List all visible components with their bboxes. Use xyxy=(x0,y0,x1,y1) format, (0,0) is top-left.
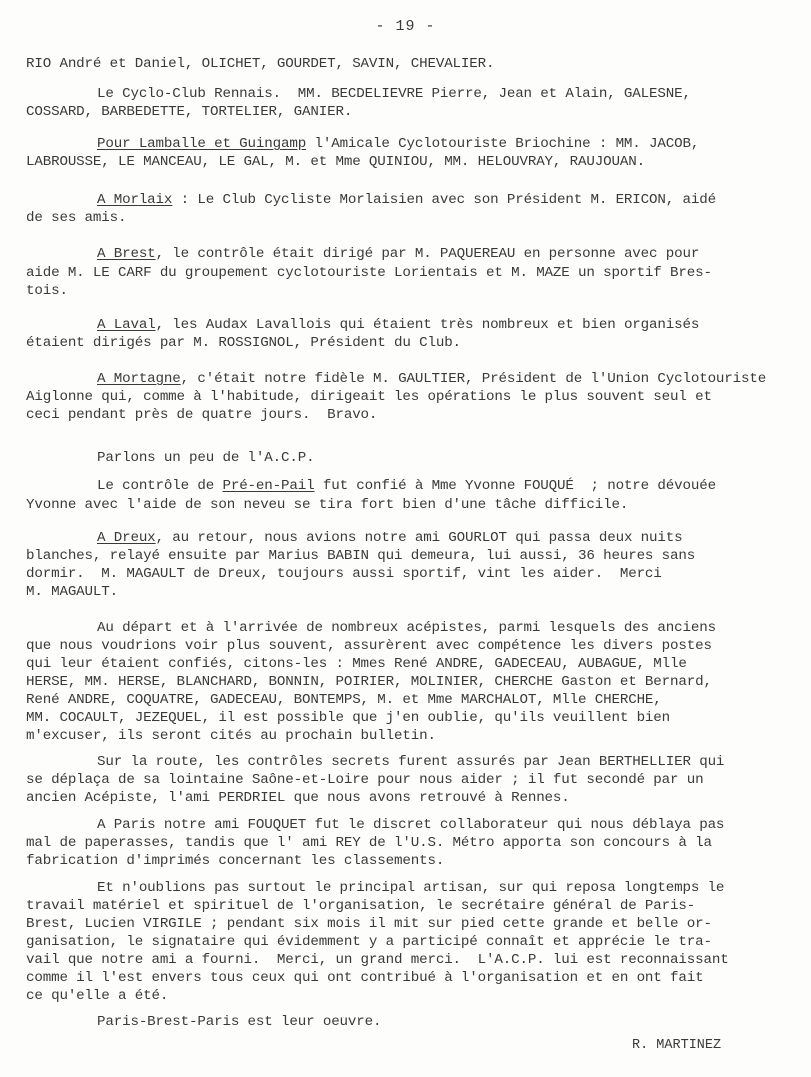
text-segment: de ses amis. xyxy=(26,210,126,226)
text-line: HERSE, MM. HERSE, BLANCHARD, BONNIN, POI… xyxy=(26,674,712,690)
text-line: A Laval, les Audax Lavallois qui étaient… xyxy=(97,317,699,333)
text-segment: COSSARD, BARBEDETTE, TORTELIER, GANIER. xyxy=(26,104,352,120)
text-line: blanches, relayé ensuite par Marius BABI… xyxy=(26,548,695,564)
text-line: de ses amis. xyxy=(26,210,126,226)
text-segment: Le contrôle de xyxy=(97,478,222,494)
text-segment: Le Cyclo-Club Rennais. MM. BECDELIEVRE P… xyxy=(97,86,691,102)
text-line: tois. xyxy=(26,283,68,299)
text-line: LABROUSSE, LE MANCEAU, LE GAL, M. et Mme… xyxy=(26,154,645,170)
text-segment: , au retour, nous avions notre ami GOURL… xyxy=(156,530,683,546)
text-segment: Parlons un peu de l'A.C.P. xyxy=(97,450,314,466)
text-segment: travail matériel et spirituel de l'organ… xyxy=(26,898,695,914)
text-line: A Brest, le contrôle était dirigé par M.… xyxy=(97,246,699,262)
text-line: M. MAGAULT. xyxy=(26,584,118,600)
text-segment: , le contrôle était dirigé par M. PAQUER… xyxy=(156,246,700,262)
text-segment: vail que notre ami a fourni. Merci, un g… xyxy=(26,952,729,968)
text-segment: comme il l'est envers tous ceux qui ont … xyxy=(26,970,703,986)
text-line: travail matériel et spirituel de l'organ… xyxy=(26,898,695,914)
text-line: mal de paperasses, tandis que l' ami REY… xyxy=(26,835,712,851)
text-segment: Yvonne avec l'aide de son neveu se tira … xyxy=(26,497,628,513)
text-line: ancien Acépiste, l'ami PERDRIEL que nous… xyxy=(26,790,570,806)
text-segment: m'excuser, ils seront cités au prochain … xyxy=(26,728,436,744)
text-segment: LABROUSSE, LE MANCEAU, LE GAL, M. et Mme… xyxy=(26,154,645,170)
text-segment: aide M. LE CARF du groupement cyclotouri… xyxy=(26,265,712,281)
underlined-place-name: Pour Lamballe et Guingamp xyxy=(97,136,306,152)
text-segment: blanches, relayé ensuite par Marius BABI… xyxy=(26,548,695,564)
text-segment: ancien Acépiste, l'ami PERDRIEL que nous… xyxy=(26,790,570,806)
text-line: qui leur étaient confiés, citons-les : M… xyxy=(26,656,687,672)
text-line: Le contrôle de Pré-en-Pail fut confié à … xyxy=(97,478,716,494)
text-segment: RIO André et Daniel, OLICHET, GOURDET, S… xyxy=(26,56,494,72)
text-line: A Morlaix : Le Club Cycliste Morlaisien … xyxy=(97,192,716,208)
underlined-place-name: A Dreux xyxy=(97,530,156,546)
underlined-place-name: A Morlaix xyxy=(97,192,172,208)
text-segment: Et n'oublions pas surtout le principal a… xyxy=(97,880,724,896)
text-segment: René ANDRE, COQUATRE, GADECEAU, BONTEMPS… xyxy=(26,692,662,708)
text-segment: Sur la route, les contrôles secrets fure… xyxy=(97,754,724,770)
text-segment: M. MAGAULT. xyxy=(26,584,118,600)
text-segment: Aiglonne qui, comme à l'habitude, dirige… xyxy=(26,389,712,405)
text-line: Parlons un peu de l'A.C.P. xyxy=(97,450,314,466)
text-line: Brest, Lucien VIRGILE ; pendant six mois… xyxy=(26,916,712,932)
text-line: René ANDRE, COQUATRE, GADECEAU, BONTEMPS… xyxy=(26,692,662,708)
text-line: fabrication d'imprimés concernant les cl… xyxy=(26,853,444,869)
text-line: A Mortagne, c'était notre fidèle M. GAUL… xyxy=(97,371,766,387)
text-line: dormir. M. MAGAULT de Dreux, toujours au… xyxy=(26,566,662,582)
text-line: Pour Lamballe et Guingamp l'Amicale Cycl… xyxy=(97,136,699,152)
text-segment: , c'était notre fidèle M. GAULTIER, Prés… xyxy=(181,371,766,387)
underlined-place-name: Pré-en-Pail xyxy=(222,478,314,494)
text-segment: Au départ et à l'arrivée de nombreux acé… xyxy=(97,620,716,636)
page-number: - 19 - xyxy=(0,18,811,35)
text-segment: tois. xyxy=(26,283,68,299)
text-line: COSSARD, BARBEDETTE, TORTELIER, GANIER. xyxy=(26,104,352,120)
text-line: étaient dirigés par M. ROSSIGNOL, Présid… xyxy=(26,335,461,351)
text-segment: : Le Club Cycliste Morlaisien avec son P… xyxy=(172,192,716,208)
underlined-place-name: A Mortagne xyxy=(97,371,181,387)
text-segment: HERSE, MM. HERSE, BLANCHARD, BONNIN, POI… xyxy=(26,674,712,690)
text-segment: dormir. M. MAGAULT de Dreux, toujours au… xyxy=(26,566,662,582)
text-line: ceci pendant près de quatre jours. Bravo… xyxy=(26,407,377,423)
text-segment: ce qu'elle a été. xyxy=(26,988,168,1004)
text-segment: A Paris notre ami FOUQUET fut le discret… xyxy=(97,817,724,833)
underlined-place-name: A Brest xyxy=(97,246,156,262)
text-line: MM. COCAULT, JEZEQUEL, il est possible q… xyxy=(26,710,670,726)
text-segment: Paris-Brest-Paris est leur oeuvre. xyxy=(97,1014,381,1030)
text-line: Sur la route, les contrôles secrets fure… xyxy=(97,754,724,770)
text-segment: fut confié à Mme Yvonne FOUQUÉ ; notre d… xyxy=(314,478,715,494)
text-segment: MM. COCAULT, JEZEQUEL, il est possible q… xyxy=(26,710,670,726)
document-page: - 19 - RIO André et Daniel, OLICHET, GOU… xyxy=(0,0,811,1077)
text-line: Yvonne avec l'aide de son neveu se tira … xyxy=(26,497,628,513)
text-line: Au départ et à l'arrivée de nombreux acé… xyxy=(97,620,716,636)
text-line: que nous voudrions voir plus souvent, as… xyxy=(26,638,712,654)
underlined-place-name: A Laval xyxy=(97,317,156,333)
text-segment: que nous voudrions voir plus souvent, as… xyxy=(26,638,712,654)
text-segment: ceci pendant près de quatre jours. Bravo… xyxy=(26,407,377,423)
signature: R. MARTINEZ xyxy=(632,1038,721,1053)
text-segment: qui leur étaient confiés, citons-les : M… xyxy=(26,656,687,672)
text-segment: , les Audax Lavallois qui étaient très n… xyxy=(156,317,700,333)
text-segment: mal de paperasses, tandis que l' ami REY… xyxy=(26,835,712,851)
text-line: comme il l'est envers tous ceux qui ont … xyxy=(26,970,703,986)
text-segment: ganisation, le signataire qui évidemment… xyxy=(26,934,712,950)
text-line: ganisation, le signataire qui évidemment… xyxy=(26,934,712,950)
text-segment: l'Amicale Cyclotouriste Briochine : MM. … xyxy=(306,136,699,152)
text-line: A Dreux, au retour, nous avions notre am… xyxy=(97,530,683,546)
text-line: Aiglonne qui, comme à l'habitude, dirige… xyxy=(26,389,712,405)
text-line: Et n'oublions pas surtout le principal a… xyxy=(97,880,724,896)
text-line: m'excuser, ils seront cités au prochain … xyxy=(26,728,436,744)
text-line: aide M. LE CARF du groupement cyclotouri… xyxy=(26,265,712,281)
text-line: ce qu'elle a été. xyxy=(26,988,168,1004)
text-segment: se déplaça de sa lointaine Saône-et-Loir… xyxy=(26,772,703,788)
text-line: Le Cyclo-Club Rennais. MM. BECDELIEVRE P… xyxy=(97,86,691,102)
text-segment: Brest, Lucien VIRGILE ; pendant six mois… xyxy=(26,916,712,932)
text-line: vail que notre ami a fourni. Merci, un g… xyxy=(26,952,729,968)
text-line: A Paris notre ami FOUQUET fut le discret… xyxy=(97,817,724,833)
text-segment: étaient dirigés par M. ROSSIGNOL, Présid… xyxy=(26,335,461,351)
text-segment: fabrication d'imprimés concernant les cl… xyxy=(26,853,444,869)
text-line: RIO André et Daniel, OLICHET, GOURDET, S… xyxy=(26,56,494,72)
text-line: se déplaça de sa lointaine Saône-et-Loir… xyxy=(26,772,703,788)
text-line: Paris-Brest-Paris est leur oeuvre. xyxy=(97,1014,381,1030)
